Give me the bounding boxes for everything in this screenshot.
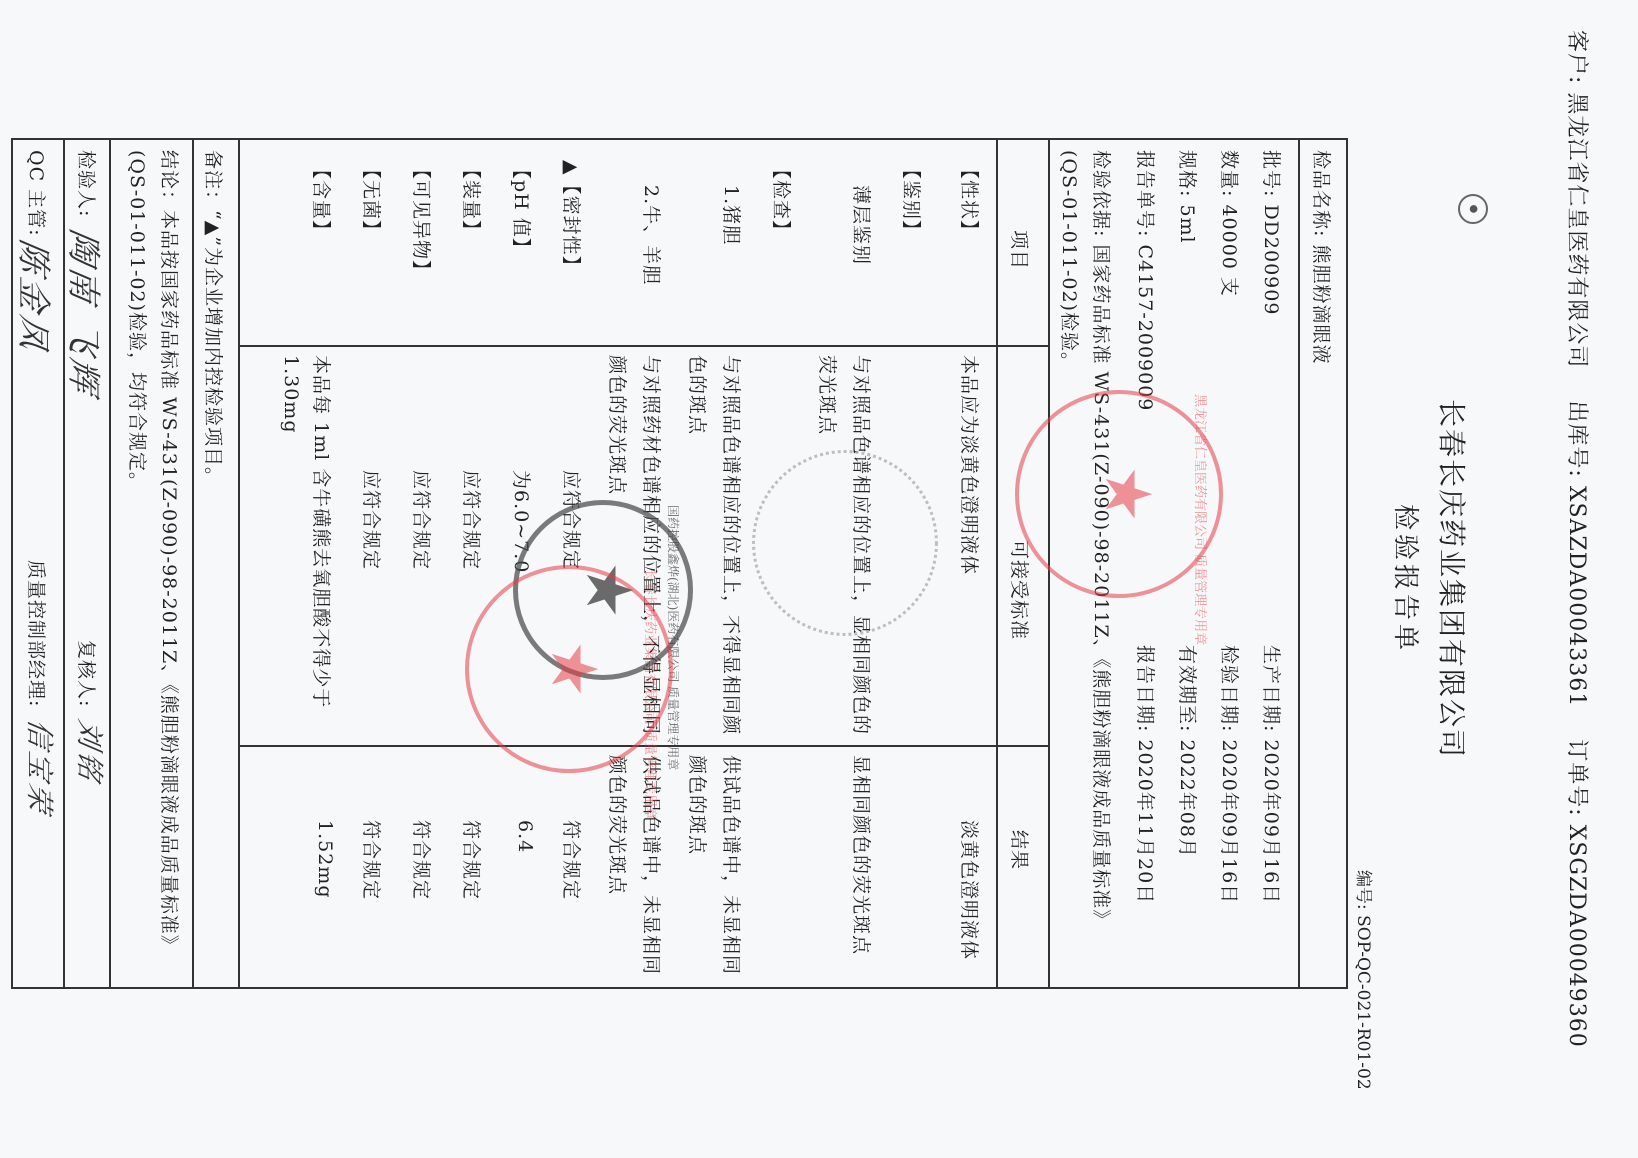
table-row-item: 2.牛、羊胆 <box>639 185 666 285</box>
doc-number-label: 编号: <box>1353 870 1373 910</box>
table-row-item: 【含量】 <box>309 160 336 240</box>
table-row-result: 颜色的荧光斑点 <box>605 755 632 895</box>
document-number: 编号: SOP-QC-021-R01-02 <box>1353 870 1378 1090</box>
inspection-report-page: 客户: 黑龙江省仁皇医药有限公司 出库号: XSAZDA00043361 订单号… <box>0 0 1638 1158</box>
qc-manager-label: 质量控制部经理: <box>24 560 51 707</box>
conclusion-line-2: (QS-01-011-02)检验，均符合规定。 <box>125 150 152 492</box>
table-row-item: 【装量】 <box>459 160 486 240</box>
table-row-result: 显相同颜色的荧光斑点 <box>849 755 876 955</box>
table-row-standard: 色的斑点 <box>685 355 712 435</box>
table-row-result: 颜色的斑点 <box>685 755 712 855</box>
table-row-standard: 应符合规定 <box>459 470 486 570</box>
table-row-standard: 应符合规定 <box>409 470 436 570</box>
customer-label: 客户: <box>1564 30 1589 84</box>
production-date-label: 生产日期: <box>1260 645 1282 732</box>
table-row-item: 【鉴别】 <box>899 160 926 240</box>
table-row-result: 符合规定 <box>409 820 436 900</box>
report-title: 检验报告单 <box>1389 0 1426 1158</box>
table-row-result: 符合规定 <box>559 820 586 900</box>
specification: 规格: 5ml <box>1175 150 1202 244</box>
report-number-label: 报告单号: <box>1134 150 1156 237</box>
batch-number: 批号: DD200909 <box>1259 150 1286 315</box>
table-row-item: 【可见异物】 <box>409 160 436 280</box>
report-number: 报告单号: C4157-2009009 <box>1133 150 1160 411</box>
qc-supervisor-signature: 陈金凤 <box>12 236 61 359</box>
customer-header-line: 客户: 黑龙江省仁皇医药有限公司 出库号: XSAZDA00043361 订单号… <box>1563 30 1594 1048</box>
signature-block: 检验人: 陶南 飞辉 复核人: 刘铭 QC 主管: 陈金凤 质量控制部经理: 信… <box>11 138 113 989</box>
table-row-standard: 应符合规定 <box>559 470 586 570</box>
expiry-date: 有效期至: 2022年08月 <box>1175 645 1202 858</box>
basis-line-2: (QS-01-011-02)检验。 <box>1057 150 1084 372</box>
inspector-signature: 陶南 飞辉 <box>62 226 111 401</box>
quantity-label: 数量: <box>1218 150 1240 197</box>
company-name: 长春长庆药业集团有限公司 <box>1433 0 1473 1158</box>
qc-manager-signature: 信宝荣 <box>21 716 61 819</box>
outbound-label: 出库号: <box>1564 400 1589 477</box>
table-row-result: 淡黄色澄明液体 <box>957 820 984 960</box>
header-item: 项目 <box>1007 230 1034 270</box>
table-row-result: 供试品色谱中，未显相同 <box>639 755 666 975</box>
reviewer-signature: 刘铭 <box>71 716 111 787</box>
table-row-result: 符合规定 <box>459 820 486 900</box>
table-row-item: 【pH 值】 <box>509 160 536 258</box>
report-date: 报告日期: 2020年11月20日 <box>1133 645 1160 904</box>
table-row-result: 符合规定 <box>359 820 386 900</box>
table-row-standard: 本品应为淡黄色澄明液体 <box>957 355 984 575</box>
spec-label: 规格: <box>1176 150 1198 197</box>
inspection-basis: 检验依据: 国家药品标准 WS-431(Z-090)-98-2011Z、《熊胆粉… <box>1089 150 1116 929</box>
table-row-item: 薄层鉴别 <box>849 185 876 265</box>
table-row-standard: 与对照品色谱相应的位置上，不得显相同颜 <box>719 355 746 735</box>
report-number-value: C4157-2009009 <box>1134 244 1156 411</box>
qc-supervisor-label: QC 主管: <box>24 150 51 237</box>
production-date: 生产日期: 2020年09月16日 <box>1259 645 1286 904</box>
note: 备注：“▲”为企业增加内控检验项目。 <box>201 150 228 487</box>
report-date-value: 2020年11月20日 <box>1134 739 1156 904</box>
table-row-item: 【检查】 <box>769 160 796 240</box>
doc-number-value: SOP-QC-021-R01-02 <box>1353 915 1373 1090</box>
table-row-result: 1.52mg <box>314 820 336 898</box>
table-row-standard: 颜色的荧光斑点 <box>605 355 632 495</box>
header-standard: 可接受标准 <box>1007 540 1034 640</box>
product-name-label: 检品名称: <box>1310 150 1332 237</box>
product-name-value: 熊胆粉滴眼液 <box>1310 244 1332 364</box>
order-value: XSGZDA00049360 <box>1564 825 1589 1048</box>
inspector-label: 检验人: <box>74 150 101 217</box>
table-row-standard: 1.30mg <box>280 355 302 433</box>
table-row-result: 供试品色谱中，未显相同 <box>719 755 746 975</box>
basis-label: 检验依据: <box>1090 150 1112 237</box>
batch-value: DD200909 <box>1260 204 1282 315</box>
expiry-value: 2022年08月 <box>1176 739 1198 858</box>
table-row-item: 1.猪胆 <box>719 185 746 245</box>
inspection-date: 检验日期: 2020年09月16日 <box>1217 645 1244 904</box>
customer-value: 黑龙江省仁皇医药有限公司 <box>1564 92 1589 368</box>
table-row-standard: 本品每 1ml 含牛磺熊去氧胆酸不得少于 <box>309 355 336 708</box>
order-label: 订单号: <box>1564 739 1589 816</box>
reviewer-label: 复核人: <box>74 640 101 707</box>
table-row-item: 【无菌】 <box>359 160 386 240</box>
table-row-standard: 与对照品色谱相应的位置上，显相同颜色的 <box>849 355 876 735</box>
inspection-date-value: 2020年09月16日 <box>1218 739 1240 904</box>
quantity-value: 40000 支 <box>1218 204 1240 296</box>
outbound-value: XSAZDA00043361 <box>1564 486 1589 707</box>
production-date-value: 2020年09月16日 <box>1260 739 1282 904</box>
table-row-standard: 与对照药材色谱相应的位置上，不得显相同 <box>639 355 666 735</box>
conclusion-line-1: 结论：本品按国家药品标准 WS-431(Z-090)-98-2011Z、《熊胆粉… <box>157 150 184 955</box>
table-row-item: 【性状】 <box>957 160 984 240</box>
table-row-standard: 荧光斑点 <box>815 355 842 435</box>
inspection-date-label: 检验日期: <box>1218 645 1240 732</box>
product-name: 检品名称: 熊胆粉滴眼液 <box>1309 150 1336 364</box>
basis-line-1: 国家药品标准 WS-431(Z-090)-98-2011Z、《熊胆粉滴眼液成品质… <box>1090 244 1112 929</box>
expiry-label: 有效期至: <box>1176 645 1198 732</box>
spec-value: 5ml <box>1176 204 1198 243</box>
header-result: 结果 <box>1007 830 1034 870</box>
report-date-label: 报告日期: <box>1134 645 1156 732</box>
table-row-item: ▲【密封性】 <box>559 160 586 276</box>
quantity: 数量: 40000 支 <box>1217 150 1244 297</box>
table-row-standard: 为6.0~7.0 <box>509 470 536 573</box>
batch-label: 批号: <box>1260 150 1282 197</box>
table-row-result: 6.4 <box>514 820 536 853</box>
report-table-frame: 检品名称: 熊胆粉滴眼液 批号: DD200909 生产日期: 2020年09月… <box>109 138 1348 989</box>
table-row-standard: 应符合规定 <box>359 470 386 570</box>
